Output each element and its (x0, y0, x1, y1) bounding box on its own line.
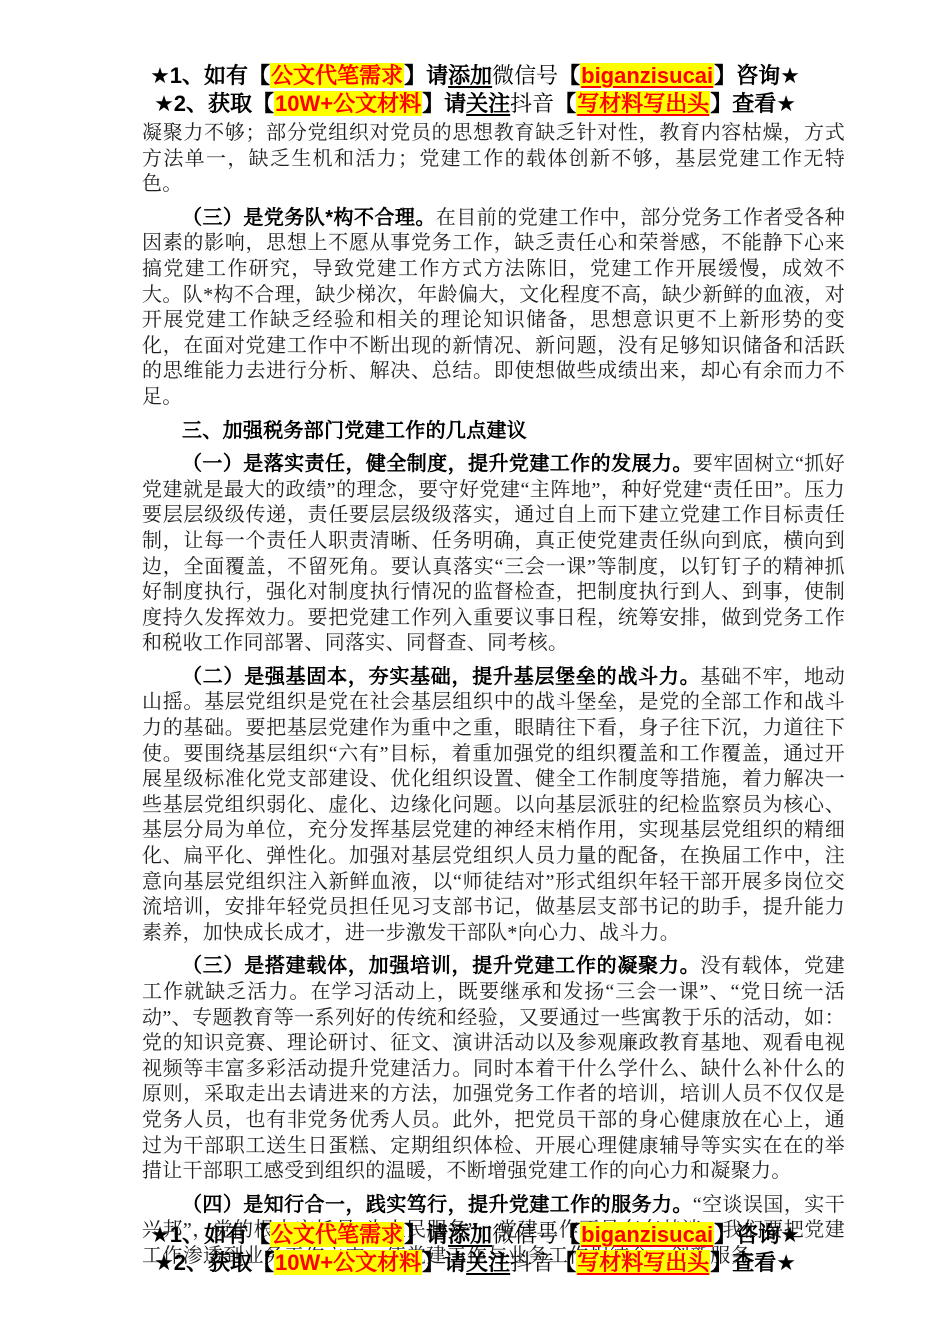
banner-text-segment: 】咨询★ (714, 1222, 800, 1247)
banner-text-segment: 抖音 (510, 1250, 554, 1275)
paragraph-text: 要牢固树立“抓好党建就是最大的政绩”的理念，要守好党建“主阵地”，种好党建“责任… (142, 453, 845, 654)
banner-highlight-keyword: 公文代笔需求 (270, 63, 404, 88)
banner-text-segment: ★2、获取【 (154, 91, 274, 116)
paragraph-text: 没有载体，党建工作就缺乏活力。在学习活动上，既要继承和发扬“三会一课”、“党日统… (142, 955, 845, 1182)
paragraph-lead: （三）是党务队*构不合理。 (182, 207, 436, 229)
banner-text-segment: 【 (558, 63, 580, 88)
banner-text-segment: ★1、如有【 (150, 63, 270, 88)
banner-text-segment: ★2、获取【 (154, 1250, 274, 1275)
banner-text-segment: 【 (554, 91, 576, 116)
banner-line: ★2、获取【10W+公文材料】请关注抖音【写材料写出头】查看★ (0, 90, 950, 118)
banner-highlight-keyword: 写材料写出头 (576, 1250, 710, 1275)
banner-text-segment: 【 (554, 1250, 576, 1275)
banner-text-segment: 添加 (448, 63, 492, 88)
banner-highlight-keyword: 公文代笔需求 (270, 1222, 404, 1247)
banner-text-segment: 【 (558, 1222, 580, 1247)
banner-text-segment: 关注 (466, 91, 510, 116)
document-page: ★1、如有【公文代笔需求】请添加微信号【biganzisucai】咨询★★2、获… (0, 0, 950, 1344)
banner-text-segment: 】请 (422, 1250, 466, 1275)
paragraph-lead: （二）是强基固本，夯实基础，提升基层堡垒的战斗力。 (182, 666, 700, 688)
banner-line: ★2、获取【10W+公文材料】请关注抖音【写材料写出头】查看★ (0, 1249, 950, 1277)
banner-text-segment: 抖音 (510, 91, 554, 116)
banner-text-segment: 关注 (466, 1250, 510, 1275)
banner-text-segment: 】请 (422, 91, 466, 116)
banner-highlight-keyword: biganzisucai (580, 1222, 714, 1247)
banner-text-segment: 微信号 (492, 63, 558, 88)
paragraph: 凝聚力不够；部分党组织对党员的思想教育缺乏针对性，教育内容枯燥，方式方法单一，缺… (142, 121, 845, 198)
paragraph-text: 在目前的党建工作中，部分党务工作者受各种因素的影响，思想上不愿从事党务工作，缺乏… (142, 207, 845, 408)
banner-text-segment: 】咨询★ (714, 63, 800, 88)
banner-highlight-keyword: biganzisucai (580, 63, 714, 88)
banner-line: ★1、如有【公文代笔需求】请添加微信号【biganzisucai】咨询★ (0, 62, 950, 90)
banner-text-segment: 】请 (404, 63, 448, 88)
paragraph: （一）是落实责任，健全制度，提升党建工作的发展力。要牢固树立“抓好党建就是最大的… (142, 452, 845, 657)
promo-banner-top: ★1、如有【公文代笔需求】请添加微信号【biganzisucai】咨询★★2、获… (0, 0, 950, 118)
paragraph: （三）是党务队*构不合理。在目前的党建工作中，部分党务工作者受各种因素的影响，思… (142, 206, 845, 411)
banner-highlight-keyword: 写材料写出头 (576, 91, 710, 116)
paragraph-lead: （四）是知行合一，践实笃行，提升党建工作的服务力。 (182, 1194, 693, 1216)
paragraph-text: 凝聚力不够；部分党组织对党员的思想教育缺乏针对性，教育内容枯燥，方式方法单一，缺… (142, 122, 845, 195)
banner-text-segment: 微信号 (492, 1222, 558, 1247)
banner-text-segment: 添加 (448, 1222, 492, 1247)
heading-text: 三、加强税务部门党建工作的几点建议 (182, 420, 527, 442)
section-heading: 三、加强税务部门党建工作的几点建议 (142, 419, 845, 445)
banner-text-segment: 】查看★ (710, 91, 796, 116)
banner-highlight-keyword: 10W+公文材料 (274, 91, 422, 116)
document-body: 凝聚力不够；部分党组织对党员的思想教育缺乏针对性，教育内容枯燥，方式方法单一，缺… (142, 121, 845, 1270)
paragraph: （二）是强基固本，夯实基础，提升基层堡垒的战斗力。基础不牢，地动山摇。基层党组织… (142, 665, 845, 947)
banner-text-segment: 】请 (404, 1222, 448, 1247)
banner-highlight-keyword: 10W+公文材料 (274, 1250, 422, 1275)
paragraph-lead: （一）是落实责任，健全制度，提升党建工作的发展力。 (182, 453, 693, 475)
paragraph-lead: （三）是搭建载体，加强培训，提升党建工作的凝聚力。 (182, 955, 700, 977)
paragraph: （三）是搭建载体，加强培训，提升党建工作的凝聚力。没有载体，党建工作就缺乏活力。… (142, 954, 845, 1184)
banner-text-segment: ★1、如有【 (150, 1222, 270, 1247)
paragraph-text: 基础不牢，地动山摇。基层党组织是党在社会基层组织中的战斗堡垒，是党的全部工作和战… (142, 666, 845, 944)
promo-banner-bottom: ★1、如有【公文代笔需求】请添加微信号【biganzisucai】咨询★★2、获… (0, 1221, 950, 1277)
banner-line: ★1、如有【公文代笔需求】请添加微信号【biganzisucai】咨询★ (0, 1221, 950, 1249)
banner-text-segment: 】查看★ (710, 1250, 796, 1275)
